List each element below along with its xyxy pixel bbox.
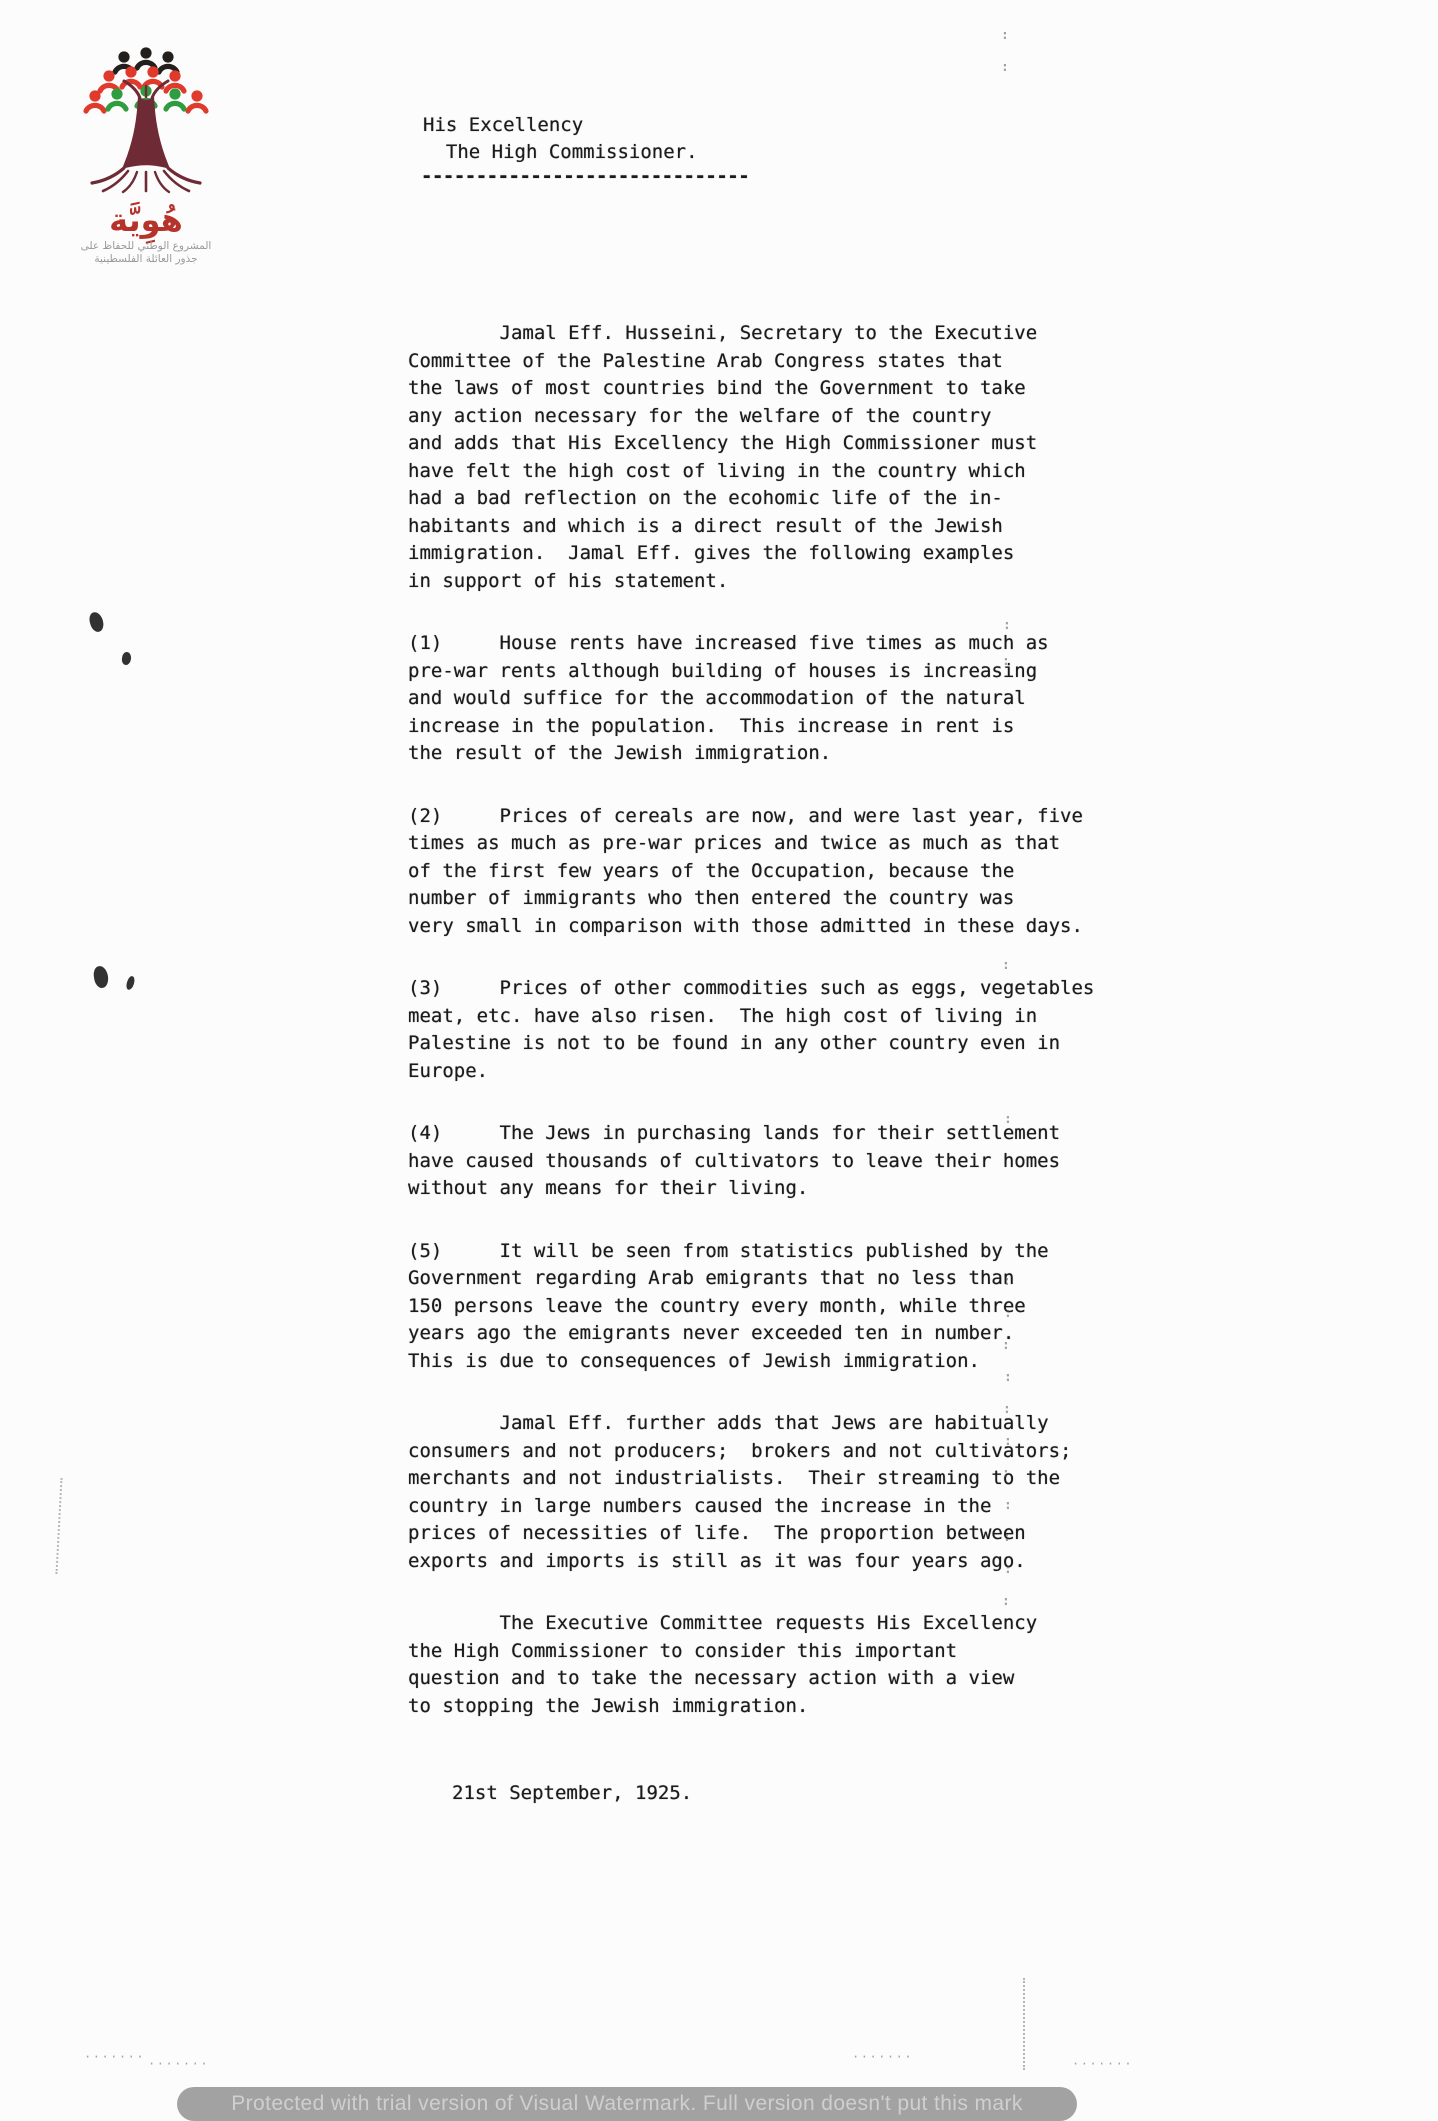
scan-speck: : [1002, 1594, 1010, 1609]
watermark-text: Protected with trial version of Visual W… [231, 2092, 1023, 2116]
ink-blot [121, 651, 132, 665]
huwiyya-logo: هُوِيَّة المشروع الوطني للحفاظ على جذور … [78, 44, 214, 266]
ink-blot [88, 611, 106, 634]
scan-speck: : [1004, 1306, 1012, 1321]
letter: Jamal Eff. Husseini, Secretary to the Ex… [408, 320, 1128, 1843]
ink-blot [93, 965, 110, 989]
scan-speck: : [1002, 654, 1010, 669]
dashed-rule: ------------------------------ [421, 163, 749, 190]
scan-speck: : [1002, 958, 1010, 973]
scan-speck: : [1002, 1466, 1010, 1481]
paragraph: (4) The Jews in purchasing lands for the… [408, 1120, 1128, 1203]
paragraph: (3) Prices of other commodities such as … [408, 975, 1128, 1085]
margin-pencil-mark [55, 1478, 62, 1574]
scan-speck: : [1004, 1498, 1012, 1513]
ink-blot [125, 975, 136, 990]
date-line: 21st September, 1925. [452, 1780, 1128, 1808]
scan-speck: : [1001, 28, 1009, 43]
logo-arabic-title: هُوِيَّة [78, 200, 214, 240]
edge-dots: ······· [852, 2050, 913, 2064]
scan-speck: : [1004, 1562, 1012, 1577]
scan-speck: : [1003, 618, 1011, 633]
paragraph: (5) It will be seen from statistics publ… [408, 1238, 1128, 1376]
scan-speck: : [1004, 1112, 1012, 1127]
watermark-bar: Protected with trial version of Visual W… [177, 2087, 1077, 2121]
scan-speck: : [1004, 1434, 1012, 1449]
paragraph: Jamal Eff. further adds that Jews are ha… [408, 1410, 1128, 1575]
paragraph: (1) House rents have increased five time… [408, 630, 1128, 768]
tree-trunk-roots [92, 81, 200, 192]
scan-speck: : [1003, 922, 1011, 937]
scan-speck: : [1003, 1530, 1011, 1545]
edge-dots: ······· [1072, 2057, 1133, 2071]
paragraph: The Executive Committee requests His Exc… [408, 1610, 1128, 1720]
scan-speck: : [1002, 1338, 1010, 1353]
scan-speck: : [1003, 1274, 1011, 1289]
paragraph: Jamal Eff. Husseini, Secretary to the Ex… [408, 320, 1128, 595]
tree-of-people-icon [78, 44, 214, 194]
edge-perforation-mark [1023, 1978, 1025, 2070]
letter-body: Jamal Eff. Husseini, Secretary to the Ex… [408, 320, 1128, 1720]
document-page: هُوِيَّة المشروع الوطني للحفاظ على جذور … [0, 0, 1438, 2121]
scan-speck: : [1004, 1370, 1012, 1385]
logo-org-line1: المشروع الوطني للحفاظ على [78, 240, 214, 253]
scan-speck: : [1001, 60, 1009, 75]
addressee: His Excellency The High Commissioner. [423, 112, 698, 166]
paragraph: (2) Prices of cereals are now, and were … [408, 803, 1128, 941]
logo-org-line2: جذور العائلة الفلسطينية [78, 253, 214, 266]
scan-speck: : [1003, 1402, 1011, 1417]
edge-dots: ······· [148, 2057, 209, 2071]
edge-dots: ······· [84, 2050, 145, 2064]
